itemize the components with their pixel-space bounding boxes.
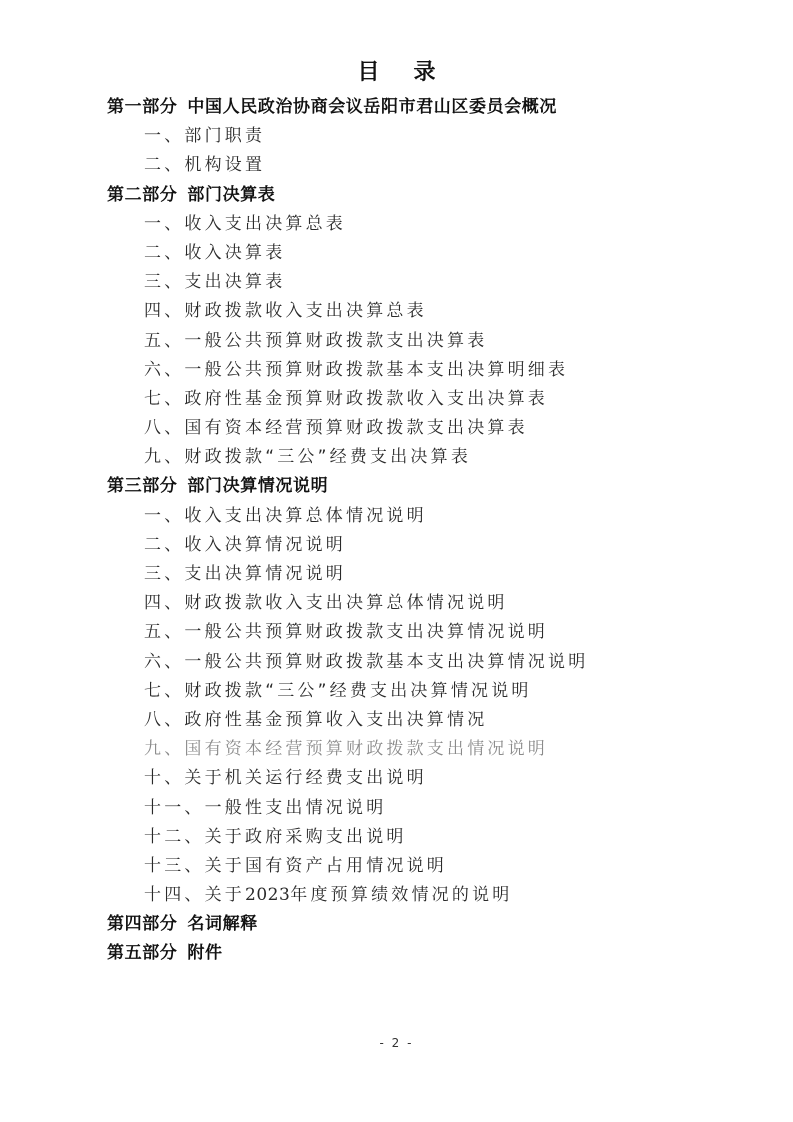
part-title: 部门决算情况说明: [187, 476, 328, 496]
toc-item[interactable]: 三、支出决算表: [107, 268, 753, 297]
page-number: - 2 -: [0, 1036, 793, 1050]
toc-item[interactable]: 一、收入支出决算总体情况说明: [107, 502, 753, 531]
toc-part-5[interactable]: 第五部分附件: [107, 939, 753, 968]
toc-item[interactable]: 一、收入支出决算总表: [107, 210, 753, 239]
toc-item-14[interactable]: 十四、关于2023年度预算绩效情况的说明: [107, 881, 753, 910]
toc-item[interactable]: 八、国有资本经营预算财政拨款支出决算表: [107, 414, 753, 443]
toc-item[interactable]: 二、收入决算情况说明: [107, 531, 753, 560]
toc-item[interactable]: 二、机构设置: [107, 151, 753, 180]
part-title: 名词解释: [187, 914, 257, 934]
toc-part-3[interactable]: 第三部分部门决算情况说明: [107, 472, 753, 501]
toc-title: 目录: [0, 55, 793, 86]
toc-part-1[interactable]: 第一部分中国人民政治协商会议岳阳市君山区委员会概况: [107, 93, 753, 122]
toc-item[interactable]: 二、收入决算表: [107, 239, 753, 268]
table-of-contents: 第一部分中国人民政治协商会议岳阳市君山区委员会概况 一、部门职责 二、机构设置 …: [107, 93, 753, 969]
toc-item[interactable]: 三、支出决算情况说明: [107, 560, 753, 589]
toc-title-right: 录: [414, 60, 436, 85]
toc-item[interactable]: 十、关于机关运行经费支出说明: [107, 764, 753, 793]
toc-item[interactable]: 六、一般公共预算财政拨款基本支出决算明细表: [107, 356, 753, 385]
toc-item[interactable]: 五、一般公共预算财政拨款支出决算表: [107, 327, 753, 356]
toc-item-faded[interactable]: 九、国有资本经营预算财政拨款支出情况说明: [107, 735, 753, 764]
part-label: 第三部分: [107, 476, 177, 496]
toc-title-left: 目: [357, 60, 379, 85]
toc-item[interactable]: 六、一般公共预算财政拨款基本支出决算情况说明: [107, 648, 753, 677]
part-label: 第二部分: [107, 185, 177, 205]
item-suffix: 年度预算绩效情况的说明: [290, 885, 512, 905]
toc-item[interactable]: 十一、一般性支出情况说明: [107, 794, 753, 823]
item-prefix: 十四、关于: [144, 885, 245, 905]
part-label: 第五部分: [107, 943, 177, 963]
toc-item[interactable]: 八、政府性基金预算收入支出决算情况: [107, 706, 753, 735]
toc-item[interactable]: 七、财政拨款“三公”经费支出决算情况说明: [107, 677, 753, 706]
toc-item[interactable]: 四、财政拨款收入支出决算总体情况说明: [107, 589, 753, 618]
toc-item[interactable]: 一、部门职责: [107, 122, 753, 151]
item-year: 2023: [245, 885, 290, 905]
part-title: 附件: [187, 943, 222, 963]
toc-part-4[interactable]: 第四部分名词解释: [107, 910, 753, 939]
document-page: 目录 第一部分中国人民政治协商会议岳阳市君山区委员会概况 一、部门职责 二、机构…: [0, 0, 793, 1122]
toc-item[interactable]: 五、一般公共预算财政拨款支出决算情况说明: [107, 618, 753, 647]
toc-part-2[interactable]: 第二部分部门决算表: [107, 181, 753, 210]
part-title: 部门决算表: [187, 185, 275, 205]
part-label: 第四部分: [107, 914, 177, 934]
toc-item[interactable]: 九、财政拨款“三公”经费支出决算表: [107, 443, 753, 472]
toc-item[interactable]: 七、政府性基金预算财政拨款收入支出决算表: [107, 385, 753, 414]
toc-item[interactable]: 四、财政拨款收入支出决算总表: [107, 297, 753, 326]
toc-item[interactable]: 十二、关于政府采购支出说明: [107, 823, 753, 852]
toc-item[interactable]: 十三、关于国有资产占用情况说明: [107, 852, 753, 881]
part-title: 中国人民政治协商会议岳阳市君山区委员会概况: [187, 97, 557, 117]
part-label: 第一部分: [107, 97, 177, 117]
